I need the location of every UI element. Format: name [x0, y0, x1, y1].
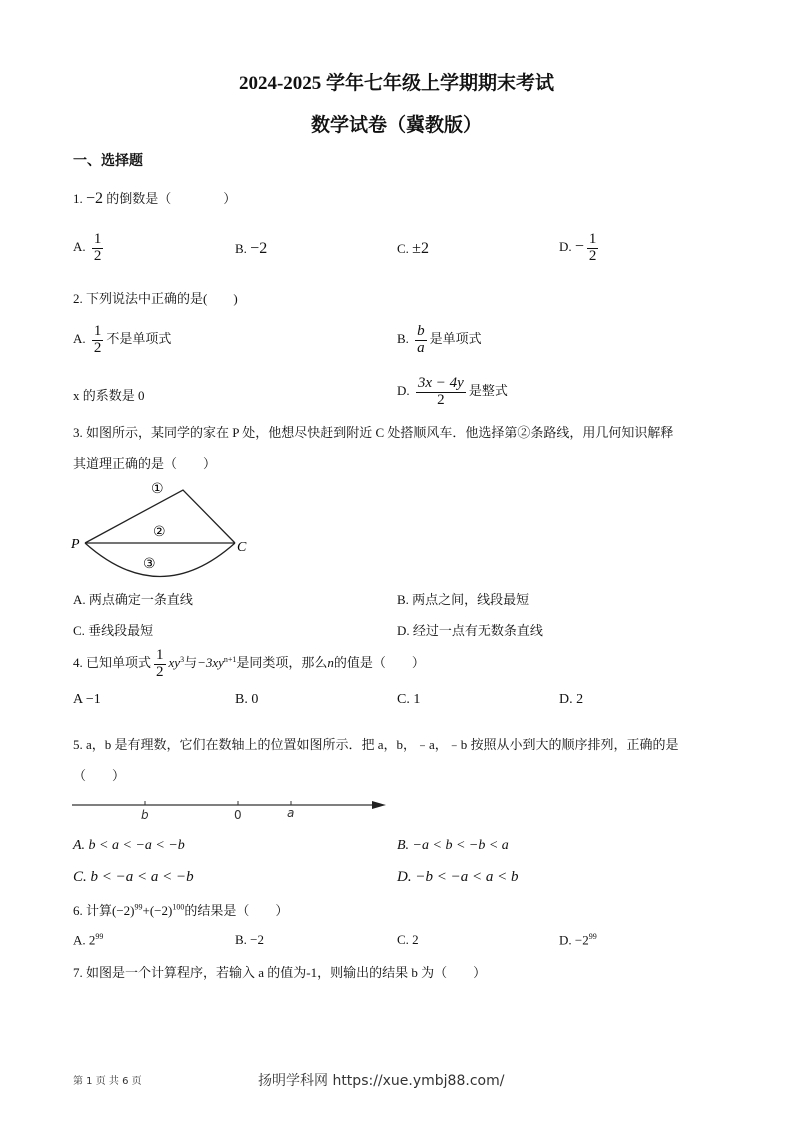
option-label: D.: [397, 383, 410, 398]
question-stem: 的倒数是（ ）: [106, 191, 236, 206]
q5-option-a: A. b < a < −a < −b: [73, 838, 185, 854]
question-3-line2: 其道理正确的是（ ）: [73, 453, 216, 472]
q5-option-c: C. b < −a < a < −b: [73, 869, 194, 886]
option-value: −2: [250, 240, 267, 257]
question-5-line1: 5. a，b 是有理数，它们在数轴上的位置如图所示．把 a，b，﹣a，﹣b 按照…: [73, 734, 679, 753]
q6-option-a: A. 299: [73, 932, 103, 948]
question-7: 7. 如图是一个计算程序，若输入 a 的值为-1，则输出的结果 b 为（ ）: [73, 962, 486, 981]
option-label: A.: [73, 239, 86, 254]
question-stem: 6. 计算(−2): [73, 903, 135, 918]
question-2: 2. 下列说法中正确的是( ): [73, 288, 238, 307]
math-term: xy: [169, 655, 181, 670]
option-label: B.: [235, 241, 247, 256]
route-diagram: P C ① ② ③: [65, 475, 265, 585]
option-label: B.: [397, 331, 409, 346]
watermark-site: 扬明学科网 https://xue.ymbj88.com/: [258, 1070, 504, 1090]
math-expr: +(−2): [143, 903, 173, 918]
option-value: ±2: [412, 240, 429, 257]
section-heading: 一、选择题: [73, 150, 143, 170]
fraction: ba: [415, 324, 427, 357]
question-4: 4. 已知单项式12xy3与−3xyn+1是同类项，那么n的值是（ ）: [73, 648, 425, 681]
zero-label: 0: [234, 808, 242, 822]
math-term: −3xy: [197, 655, 224, 670]
exam-title: 2024-2025 学年七年级上学期期末考试: [0, 68, 793, 95]
q3-option-a: A. 两点确定一条直线: [73, 589, 193, 608]
route-3-label: ③: [143, 556, 156, 572]
q1-option-b: B. −2: [235, 240, 267, 258]
q4-option-a: A −1: [73, 692, 101, 708]
option-text: 是单项式: [430, 331, 482, 346]
option-label: A.: [73, 331, 86, 346]
exponent: n+1: [224, 655, 237, 664]
option-text: 不是单项式: [106, 331, 171, 346]
q4-option-d: D. 2: [559, 692, 583, 708]
question-stem: 的值是（ ）: [334, 655, 425, 670]
page-number: 第 1 页 共 6 页: [73, 1072, 142, 1087]
question-1: 1. −2 的倒数是（ ）: [73, 188, 236, 208]
q6-option-d: D. −299: [559, 932, 597, 948]
point-b-label: b: [141, 808, 149, 822]
question-6: 6. 计算(−2)99+(−2)100的结果是（ ）: [73, 900, 288, 919]
question-stem: 的结果是（ ）: [184, 903, 288, 918]
q5-option-b: B. −a < b < −b < a: [397, 838, 509, 854]
q4-option-b: B. 0: [235, 692, 258, 708]
question-number: 1.: [73, 191, 83, 206]
q4-option-c: C. 1: [397, 692, 420, 708]
question-stem: 是同类项，那么: [236, 655, 327, 670]
question-stem: 4. 已知单项式: [73, 655, 151, 670]
math-expr: −2: [86, 190, 103, 207]
question-5-line2: （ ）: [73, 765, 125, 784]
number-line: b 0 a: [70, 795, 390, 825]
point-a-label: a: [287, 806, 294, 820]
q1-option-c: C. ±2: [397, 240, 429, 258]
q3-option-d: D. 经过一点有无数条直线: [397, 620, 543, 639]
option-text: 是整式: [469, 383, 508, 398]
exponent: 99: [135, 903, 143, 912]
route-1-label: ①: [151, 481, 164, 497]
fraction: 12: [92, 232, 104, 265]
option-label: C.: [397, 241, 409, 256]
connector: 与: [184, 655, 197, 670]
q5-option-d: D. −b < −a < a < b: [397, 869, 518, 886]
point-c-label: C: [237, 540, 247, 555]
point-p-label: P: [70, 537, 80, 552]
option-label: D.: [559, 239, 572, 254]
q6-option-c: C. 2: [397, 932, 419, 948]
q2-option-c: x 的系数是 0: [73, 385, 145, 404]
q3-option-b: B. 两点之间，线段最短: [397, 589, 529, 608]
q2-option-d: D. 3x − 4y2是整式: [397, 376, 508, 409]
exponent: 100: [172, 903, 184, 912]
q6-option-b: B. −2: [235, 932, 264, 948]
q1-option-d: D. −12: [559, 232, 601, 265]
q2-option-a: A. 12不是单项式: [73, 324, 171, 357]
q2-option-b: B. ba是单项式: [397, 324, 482, 357]
minus-sign: −: [575, 238, 584, 255]
question-3-line1: 3. 如图所示，某同学的家在 P 处，他想尽快赶到附近 C 处搭顺风车．他选择第…: [73, 422, 673, 441]
exam-subtitle: 数学试卷（冀教版）: [0, 110, 793, 137]
fraction: 3x − 4y2: [416, 376, 466, 409]
fraction: 12: [154, 648, 166, 681]
fraction: 12: [587, 232, 599, 265]
q3-option-c: C. 垂线段最短: [73, 620, 153, 639]
q1-option-a: A. 12: [73, 232, 106, 265]
arrow-icon: [372, 801, 386, 809]
route-2-label: ②: [153, 524, 166, 540]
fraction: 12: [92, 324, 104, 357]
